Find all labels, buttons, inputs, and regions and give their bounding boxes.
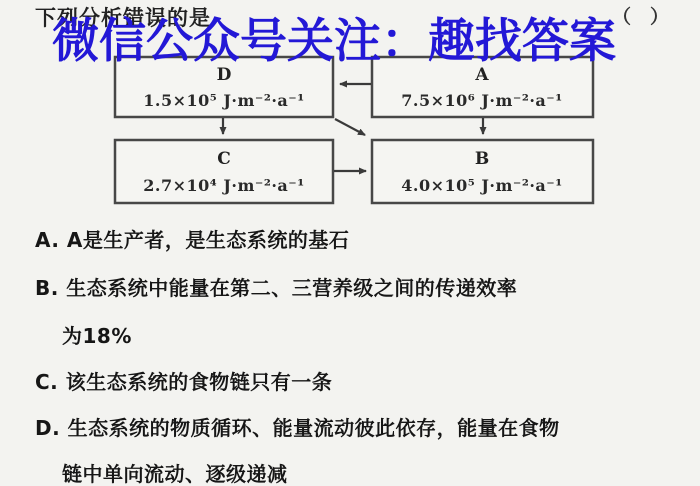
option-c: C. 该生态系统的食物链只有一条: [35, 366, 332, 395]
exam-question-page: 下列分析错误的是 （ ） D 1.5×10⁵ J·m⁻²·a⁻¹ A 7.5×1…: [0, 0, 700, 486]
watermark-text: 微信公众号关注：趣找答案: [52, 4, 616, 71]
box-A-value: 7.5×10⁶ J·m⁻²·a⁻¹: [401, 91, 563, 110]
box-B-label: B: [475, 149, 489, 169]
option-b-line1: B. 生态系统中能量在第二、三营养级之间的传递效率: [35, 272, 517, 301]
box-B: B 4.0×10⁵ J·m⁻²·a⁻¹: [372, 140, 593, 203]
option-d-line2: 链中单向流动、逐级递减: [62, 458, 288, 486]
box-C: C 2.7×10⁴ J·m⁻²·a⁻¹: [115, 140, 333, 203]
option-d-line1: D. 生态系统的物质循环、能量流动彼此依存，能量在食物: [35, 412, 560, 441]
arrow-D-to-B: [335, 119, 365, 135]
option-a: A. A是生产者，是生态系统的基石: [35, 224, 349, 253]
box-D-value: 1.5×10⁵ J·m⁻²·a⁻¹: [143, 91, 305, 110]
box-C-value: 2.7×10⁴ J·m⁻²·a⁻¹: [143, 176, 305, 195]
box-C-label: C: [217, 149, 231, 169]
option-b-line2: 为18%: [62, 320, 132, 349]
box-B-value: 4.0×10⁵ J·m⁻²·a⁻¹: [401, 176, 563, 195]
